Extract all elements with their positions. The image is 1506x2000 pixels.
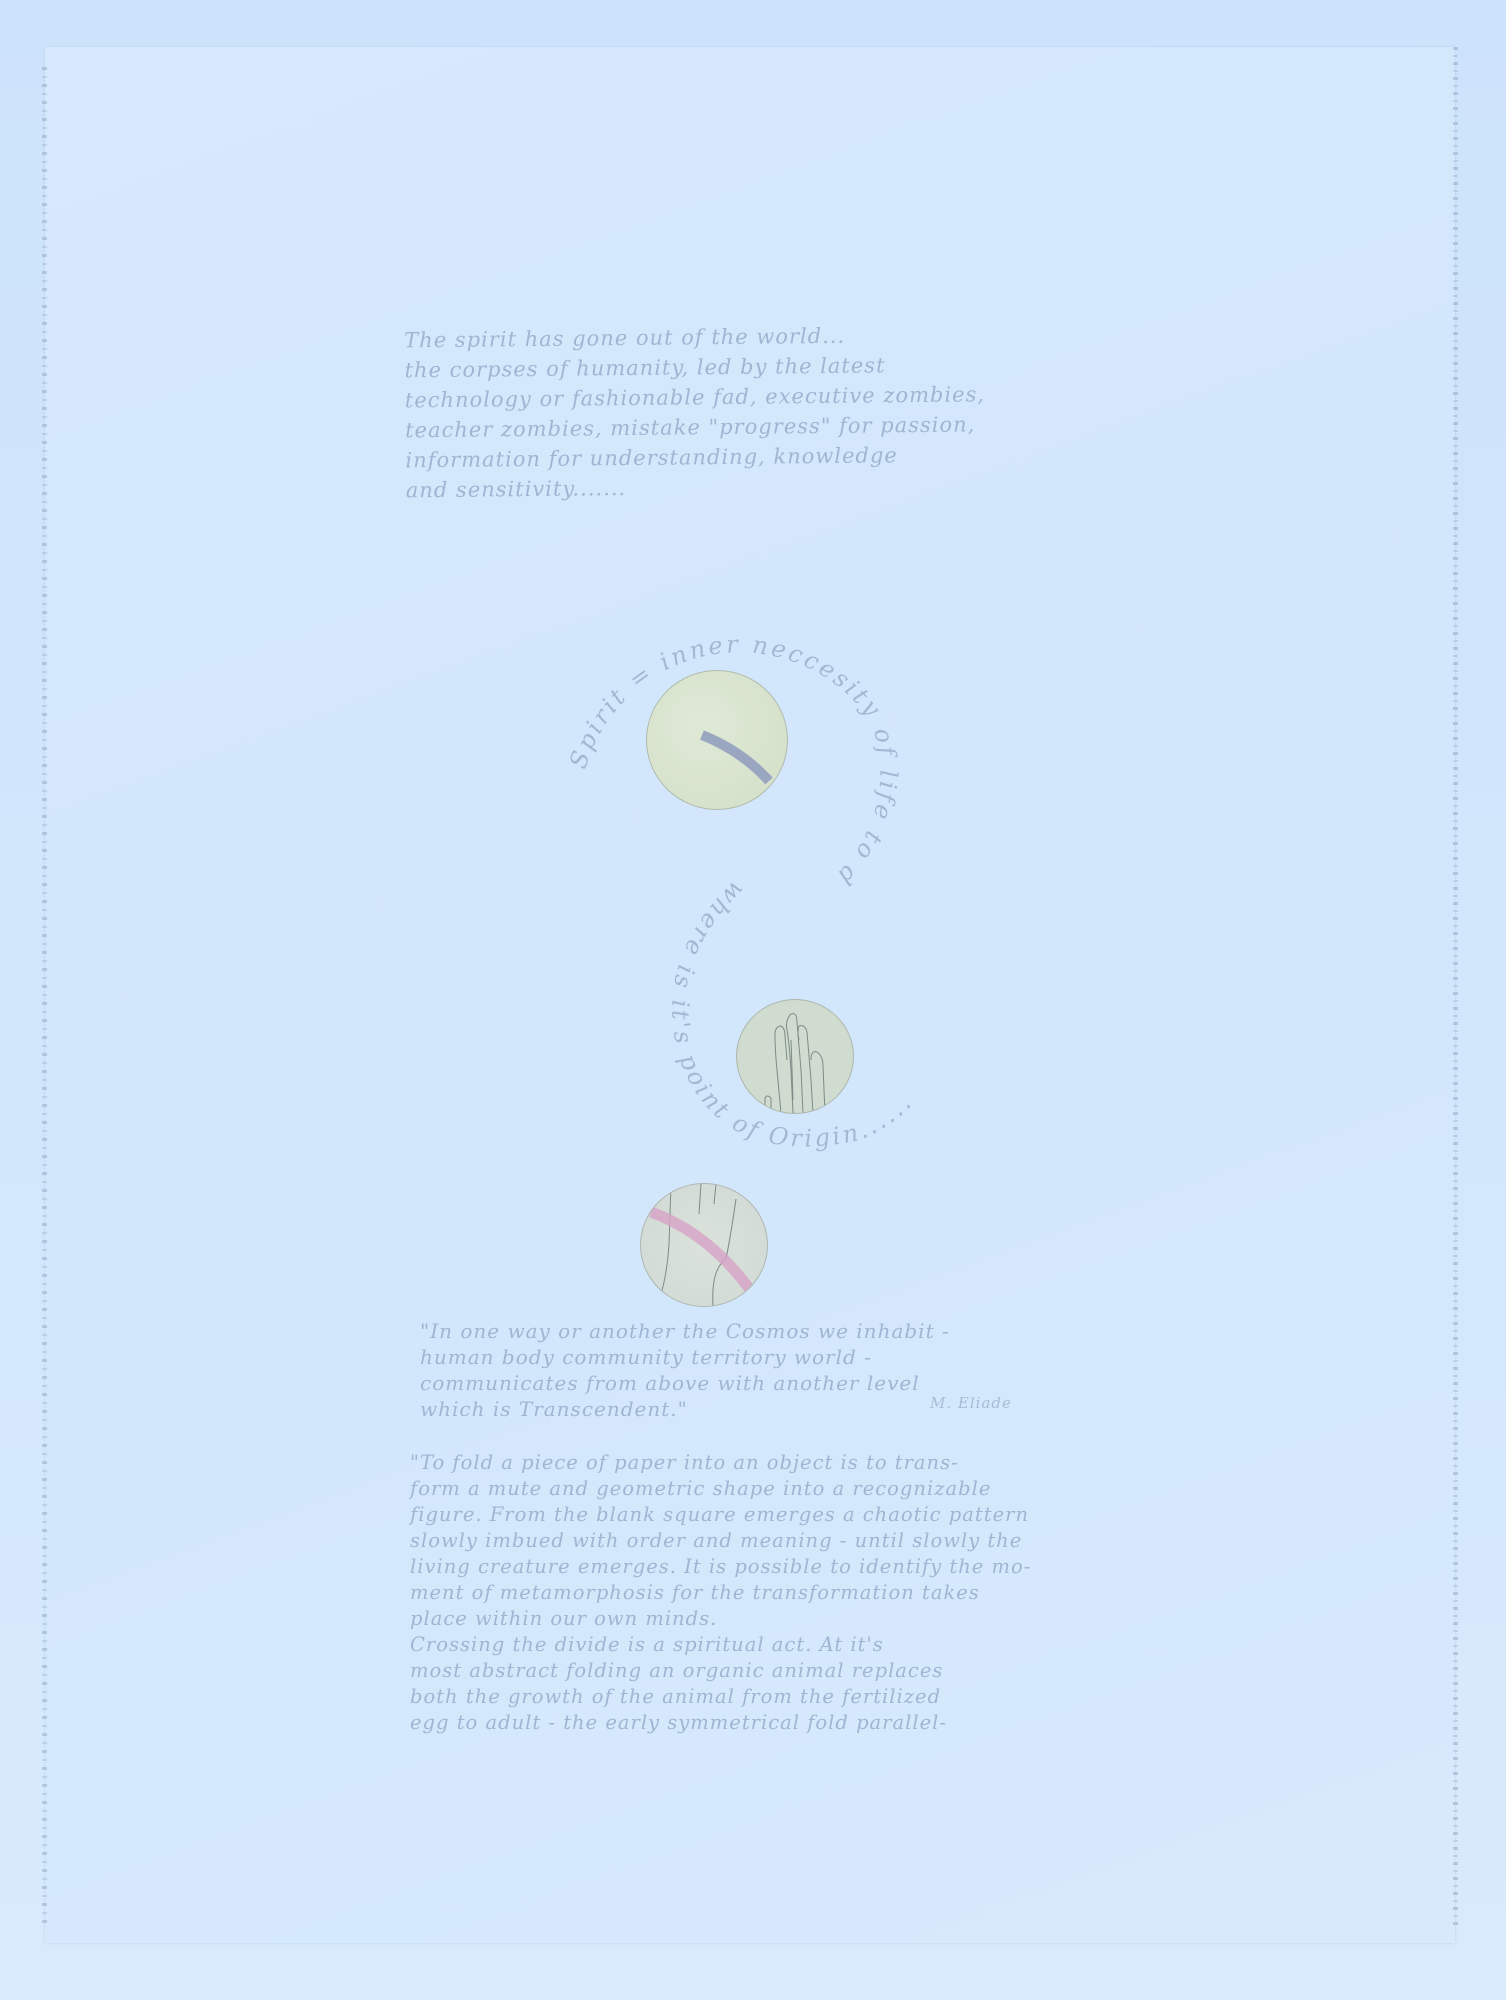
quote-author-signature: M. Eliade (930, 1394, 1012, 1412)
deckle-edge-right (1453, 47, 1458, 1927)
deckle-edge-left (42, 67, 47, 1927)
pink-stroke-icon (641, 1184, 767, 1306)
top-circle-disc (646, 670, 788, 810)
bottom-circle-pink-stroke (640, 1183, 768, 1307)
blue-stroke-icon (647, 671, 787, 809)
hand-drawing-icon (737, 1000, 853, 1113)
handwritten-paragraph-top: The spirit has gone out of the world... … (404, 319, 1046, 506)
middle-circle-hand-drawing (736, 999, 854, 1114)
handwritten-paragraph-bottom: "To fold a piece of paper into an object… (410, 1450, 1050, 1736)
